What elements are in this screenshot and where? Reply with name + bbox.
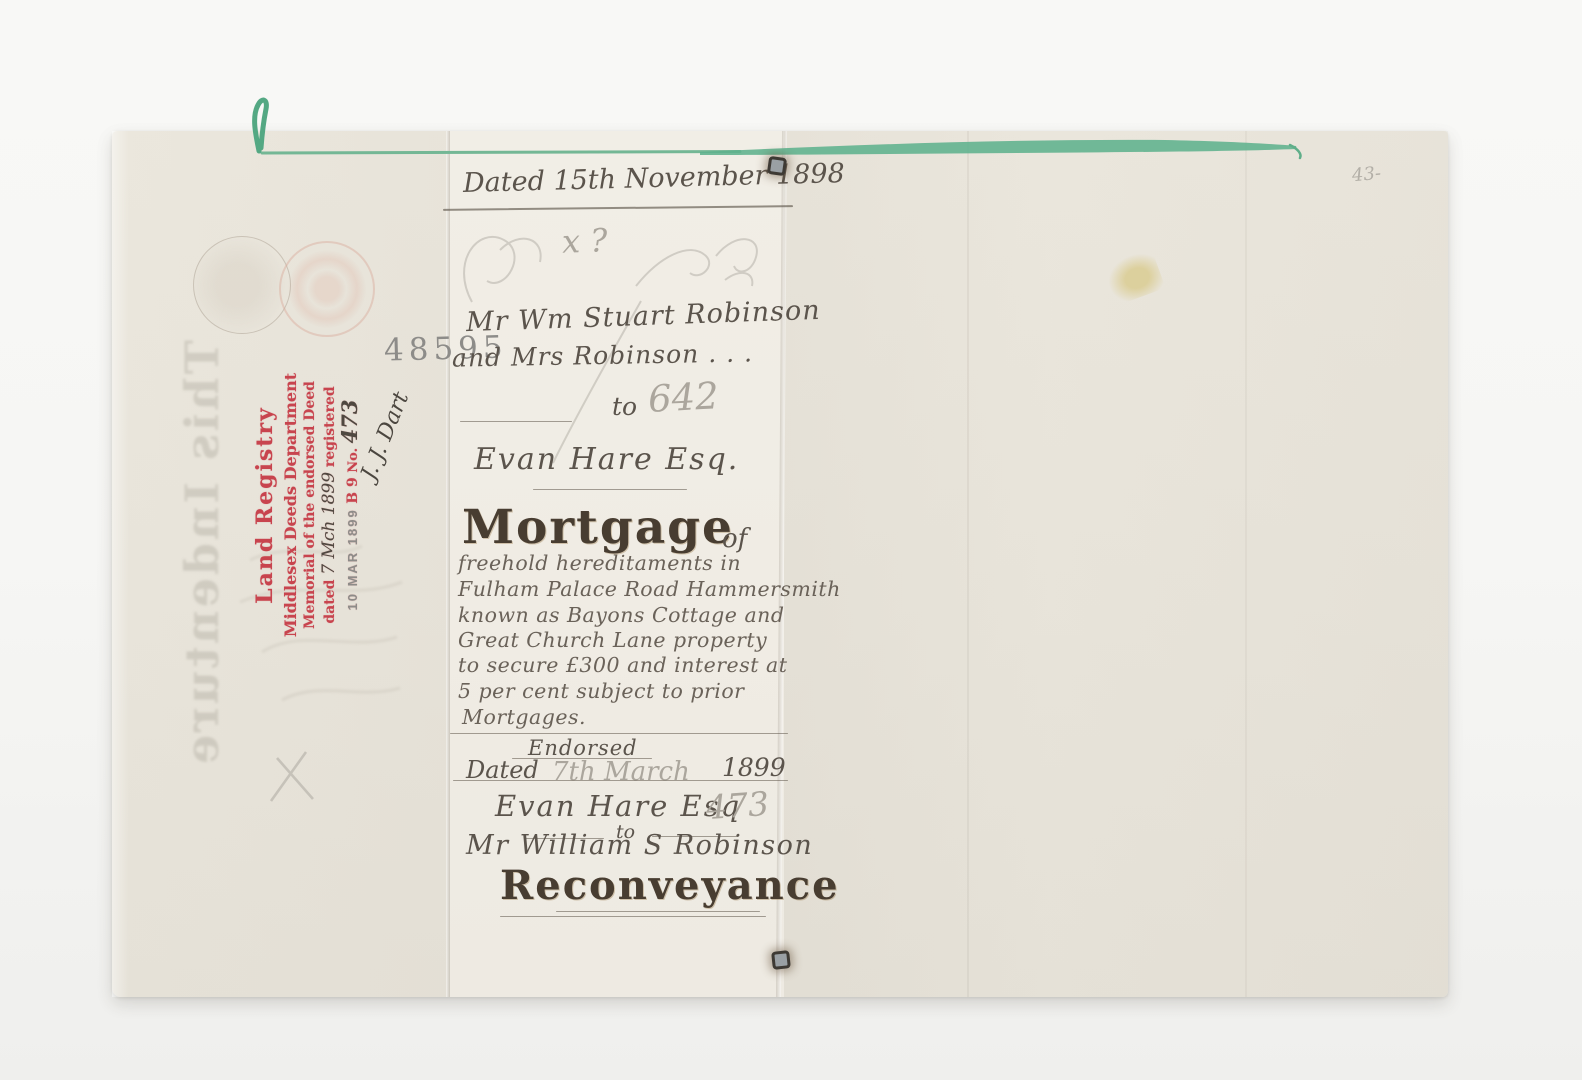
- stamp-book-ref: B 9: [345, 477, 361, 503]
- reconveyance-underline-2: [500, 916, 766, 917]
- stamp-line-2: Middlesex Deeds Department: [280, 369, 301, 641]
- stamp-registered-label: registered: [322, 386, 338, 467]
- stamp-dated-handwritten: 7 Mch 1899: [319, 472, 339, 575]
- endorsed-dated-year: 1899: [722, 753, 786, 782]
- stamp-line-1: Land Registry: [250, 369, 280, 641]
- reconveyance-party2: Mr William S Robinson: [466, 830, 813, 861]
- docket-body-line: freehold hereditaments in: [458, 551, 741, 575]
- embossed-seal: [193, 236, 291, 334]
- docket-body-line: known as Bayons Cottage and: [458, 603, 785, 627]
- rule-endorsed-bottom: [453, 780, 788, 781]
- pencil-deed-number: 473: [705, 784, 771, 827]
- party1-name-line2: and Mrs Robinson . . .: [452, 338, 753, 372]
- fold-crease-faint-1: [967, 131, 969, 997]
- reconveyance-title: Reconveyance: [500, 862, 840, 909]
- stamp-number-handwritten: 473: [337, 400, 362, 444]
- fold-crease-left: [446, 131, 450, 997]
- docket-body-line: Great Church Lane property: [458, 628, 767, 652]
- stamp-date-received: 10 MAR 1899: [345, 508, 360, 610]
- pencil-folio-number: 642: [647, 374, 720, 421]
- fold-crease-faint-2: [1245, 131, 1247, 997]
- docket-body-line: Mortgages.: [462, 705, 586, 729]
- photo-of-deed: This Indenture Land Registry: [0, 0, 1582, 1080]
- rule-before-to: [460, 421, 572, 422]
- stamp-dated-label: dated: [322, 580, 338, 624]
- party2-name: Evan Hare Esq.: [474, 442, 739, 477]
- pencil-corner-number: 43-: [1351, 163, 1382, 186]
- docket-body-line: 5 per cent subject to prior: [458, 679, 745, 703]
- pencil-annotation-top: x ?: [561, 221, 608, 261]
- rule-above-title: [533, 489, 687, 490]
- docket-body-line: to secure £300 and interest at: [458, 653, 787, 677]
- document-title-suffix: of: [722, 524, 747, 554]
- bleed-through-text: This Indenture: [175, 340, 235, 720]
- metal-rivet-top: [767, 156, 787, 176]
- stamp-line-5: 10 MAR 1899 B 9 No. 473: [340, 369, 363, 641]
- document-title: Mortgage: [462, 500, 734, 555]
- to-label: to: [612, 392, 637, 421]
- land-registry-stamp: Land Registry Middlesex Deeds Department…: [250, 369, 358, 641]
- docket-body-line: Fulham Palace Road Hammersmith: [458, 577, 841, 601]
- endorsed-dated-pencil: 7th March: [552, 757, 690, 787]
- stamp-line-3: Memorial of the endorsed Deed: [301, 369, 319, 641]
- reconveyance-underline-1: [556, 911, 760, 912]
- metal-rivet-bottom: [771, 950, 791, 970]
- rule-endorsed-top: [450, 733, 788, 734]
- revenue-seal: [279, 241, 375, 337]
